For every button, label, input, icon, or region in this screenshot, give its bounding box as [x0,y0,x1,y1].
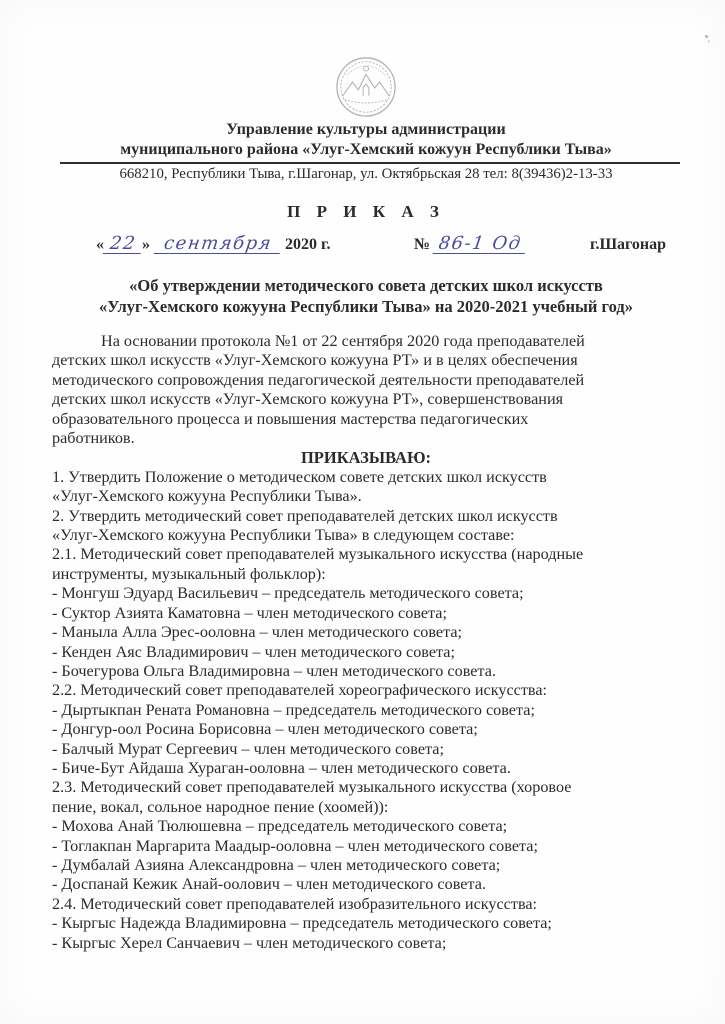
organization-address: 668210, Республики Тыва, г.Шагонар, ул. … [52,164,680,184]
text-line: - Кыргыс Херел Санчаевич – член методиче… [52,934,680,953]
order-number: №86-1 Од [414,235,526,254]
order-title: «Об утверждении методического совета дет… [52,276,680,317]
text-line: - Кенден Аяс Владимирович – член методич… [52,643,680,662]
order-items: 1. Утвердить Положение о методическом со… [52,468,680,953]
text-line: 2. Утвердить методический совет преподав… [52,507,680,526]
handwritten-number: 86-1 Од [433,235,528,254]
preamble-paragraph: На основании протокола №1 от 22 сентября… [52,332,680,448]
text-line: детских школ искусств «Улуг-Хемского кож… [52,351,680,370]
text-line: детских школ искусств «Улуг-Хемского кож… [52,390,680,409]
text-line: - Дыртыкпан Рената Романовна – председат… [52,701,680,720]
text-line: - Донгур-оол Росина Борисовна – член мет… [52,720,680,739]
scan-artifact [703,32,712,43]
text-line: инструменты, музыкальный фольклор): [52,565,680,584]
text-line: - Кыргыс Надежда Владимировна – председа… [52,914,680,933]
order-date: «22»сентября2020 г. [96,235,330,254]
text-line: пение, вокал, сольное народное пение (хо… [52,798,680,817]
text-line: 2.2. Методический совет преподавателей х… [52,681,680,700]
text-line: образовательного процесса и повышения ма… [52,410,680,429]
text-line: На основании протокола №1 от 22 сентября… [52,332,680,351]
text-line: - Суктор Азията Каматовна – член методич… [52,604,680,623]
text-line: 2.1. Методический совет преподавателей м… [52,545,680,564]
text-line: «Улуг-Хемского кожууна Республики Тыва» … [52,526,680,545]
handwritten-day: 22 [103,235,144,254]
date-number-place-row: «22»сентября2020 г. №86-1 Од г.Шагонар [52,235,680,261]
quote-close: » [142,236,150,253]
text-line: - Тоглакпан Маргарита Маадыр-ооловна – ч… [52,837,680,856]
text-line: - Маныла Алла Эрес-ооловна – член методи… [52,623,680,642]
text-line: - Биче-Бут Айдаша Хураган-ооловна – член… [52,759,680,778]
organization-district: муниципального района «Улуг-Хемский кожу… [52,140,680,160]
organization-name: Управление культуры администрации [52,120,680,140]
text-line: работников. [52,429,680,448]
letterhead: Управление культуры администрации муници… [52,56,680,184]
handwritten-month: сентября [154,235,283,254]
text-line: 1. Утвердить Положение о методическом со… [52,468,680,487]
text-line: - Думбалай Азияна Александровна – член м… [52,856,680,875]
order-title-line: «Улуг-Хемского кожууна Республики Тыва» … [52,297,680,318]
text-line: методического сопровождения педагогическ… [52,371,680,390]
order-year: 2020 г. [285,236,330,253]
text-line: - Доспанай Кежик Анай-оолович – член мет… [52,875,680,894]
resolution-heading: ПРИКАЗЫВАЮ: [52,448,680,467]
text-line: - Монгуш Эдуард Васильевич – председател… [52,584,680,603]
document-content: Управление культуры администрации муници… [52,0,680,953]
text-line: - Бочегурова Ольга Владимировна – член м… [52,662,680,681]
text-line: 2.4. Методический совет преподавателей и… [52,895,680,914]
document-type-heading: П Р И К А З [52,202,680,222]
text-line: «Улуг-Хемского кожууна Республики Тыва». [52,487,680,506]
text-line: - Балчый Мурат Сергеевич – член методиче… [52,740,680,759]
order-place: г.Шагонар [590,236,666,254]
text-line: - Мохова Анай Тюлюшевна – председатель м… [52,817,680,836]
scanned-order-document: Управление культуры администрации муници… [0,0,725,1024]
text-line: 2.3. Методический совет преподавателей м… [52,778,680,797]
number-sign: № [414,236,430,253]
order-title-line: «Об утверждении методического совета дет… [52,276,680,297]
emblem-seal-icon [335,56,397,118]
